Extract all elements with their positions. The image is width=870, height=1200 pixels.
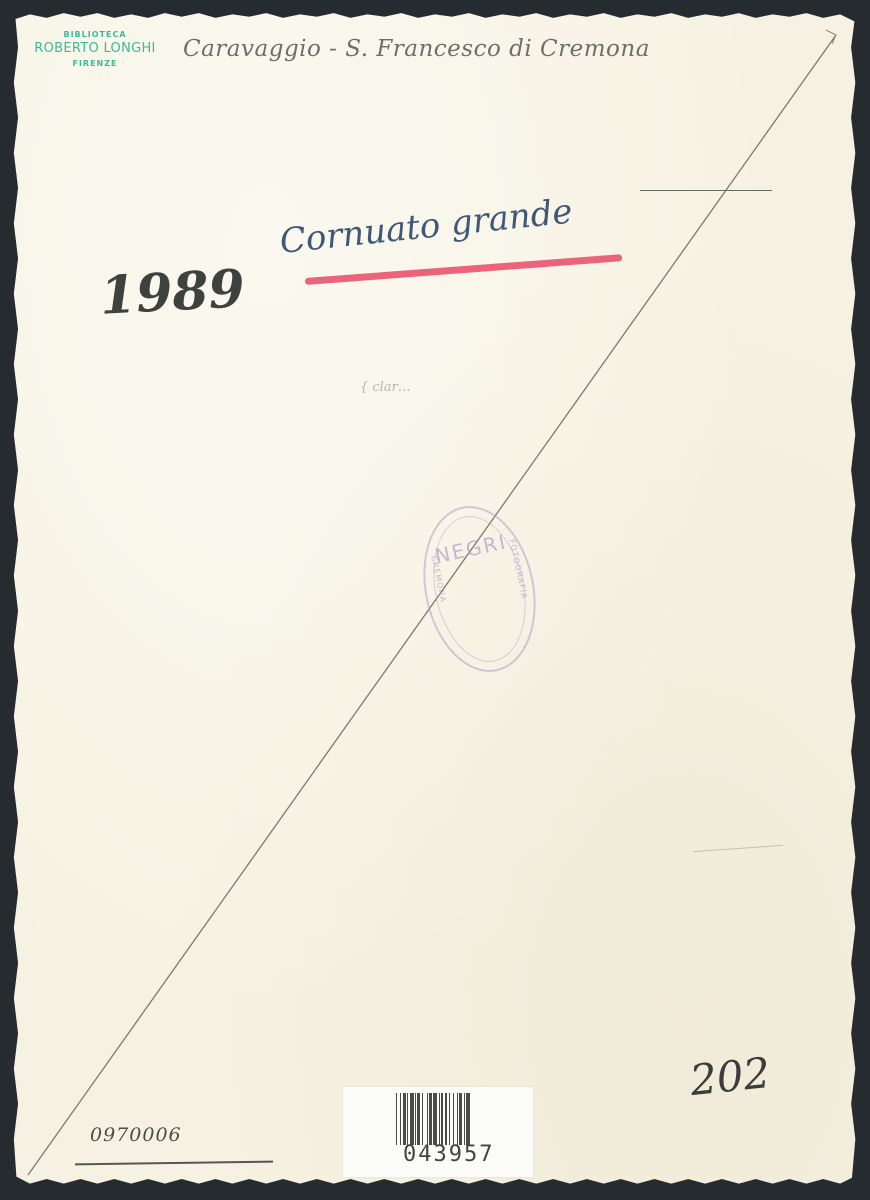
faint-pencil-note: { clar… [360, 380, 411, 395]
barcode-number: 043957 [403, 1142, 494, 1167]
library-stamp-line3: FIRENZE [20, 59, 170, 68]
library-stamp-line1: BIBLIOTECA [20, 30, 170, 39]
pencil-rule [640, 190, 772, 191]
barcode-bars [396, 1093, 514, 1145]
barcode-label: 043957 [343, 1087, 533, 1177]
library-stamp: BIBLIOTECA ROBERTO LONGHI FIRENZE [20, 30, 170, 68]
handwritten-year-mark: 1989 [99, 258, 247, 326]
handwritten-title: Caravaggio - S. Francesco di Cremona [183, 36, 650, 62]
handwritten-inventory-number: 0970006 [90, 1124, 182, 1146]
library-stamp-line2: ROBERTO LONGHI [20, 41, 170, 56]
handwritten-page-number: 202 [688, 1048, 773, 1105]
